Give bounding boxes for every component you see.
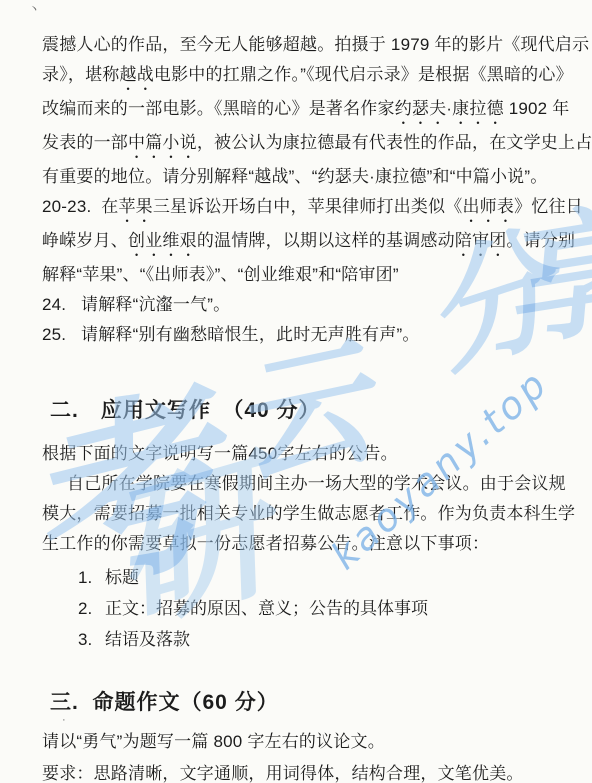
question-line: 解释“苹果”、“《出师表》”、“创业维艰”和“陪审团” [42, 260, 574, 290]
text-segment: 三星诉讼开场白中，苹果律师打出类似《 [153, 197, 463, 216]
list-item-number: 2. [78, 593, 105, 624]
emphasized-term: 出师表 [462, 197, 514, 216]
emphasized-term: 创业维艰 [128, 231, 197, 250]
instruction-line: 要求：思路清晰，文字通顺，用词得体，结构合理，文笔优美。 [42, 759, 574, 783]
instruction-line: 请以“勇气”为题写一篇 800 字左右的议论文。 [42, 727, 574, 757]
section-heading-applied-writing: 二. 应用文写作 （40 分） [50, 396, 574, 426]
emphasized-term: 陪审团 [455, 231, 507, 250]
question-line: 20-23. 在苹果三星诉讼开场白中，苹果律师打出类似《出师表》忆往日 [42, 192, 574, 226]
text-segment: 发表的一部 [42, 133, 128, 152]
list-item-text: 结语及落款 [105, 630, 190, 649]
list-item-number: 1. [78, 562, 105, 593]
body-text-line: 改编而来的一部电影。《黑暗的心》是著名作家约瑟夫·康拉德 1902 年 [42, 94, 574, 128]
text-segment: 录》，堪称 [42, 65, 120, 84]
requirements-list: 1.标题 2.正文：招募的原因、意义；公告的具体事项 3.结语及落款 [78, 562, 574, 655]
text-segment: 电影中的扛鼎之作。”《现代启示录》是根据《黑暗的心》 [154, 65, 573, 84]
emphasized-term: 苹果 [118, 197, 152, 216]
document-page: 丶 · 震撼人心的作品，至今无人能够超越。拍摄于 1979 年的影片《现代启示 … [0, 0, 592, 783]
body-text-line: 自己所在学院要在寒假期间主办一场大型的学术会议。由于会议规 [42, 469, 574, 499]
text-segment: 。请分别 [506, 231, 575, 250]
text-segment: 20-23. 在 [42, 197, 118, 216]
body-text-line: 模大，需要招募一批相关专业的学生做志愿者工作。作为负责本科生学 [42, 499, 574, 529]
text-segment: 改编而来的一部电影。《黑暗的心》是著名作家 [42, 99, 395, 118]
question-line: 25. 请解释“别有幽愁暗恨生，此时无声胜有声”。 [42, 320, 574, 350]
text-segment: 1902 年 [504, 99, 570, 118]
text-segment: 的温情牌，以期以这样的基调感动 [197, 231, 455, 250]
list-item-number: 3. [78, 624, 105, 655]
list-item: 3.结语及落款 [78, 624, 574, 655]
text-segment: 》忆往日 [514, 197, 583, 216]
question-line: 峥嵘岁月、创业维艰的温情牌，以期以这样的基调感动陪审团。请分别 [42, 226, 574, 260]
body-text-line: 录》，堪称越战电影中的扛鼎之作。”《现代启示录》是根据《黑暗的心》 [42, 60, 574, 94]
text-segment: ，被公认为康拉德最有代表性的作品，在文学史上占 [197, 133, 592, 152]
question-line: 24. 请解释“沆瀣一气”。 [42, 290, 574, 320]
body-text-line: 生工作的你需要草拟一份志愿者招募公告。注意以下事项： [42, 529, 574, 559]
emphasized-term: 约瑟夫·康拉德 [395, 99, 504, 118]
list-item-text: 正文：招募的原因、意义；公告的具体事项 [105, 599, 428, 618]
list-item: 1.标题 [78, 562, 574, 593]
list-item: 2.正文：招募的原因、意义；公告的具体事项 [78, 593, 574, 624]
text-layer: 震撼人心的作品，至今无人能够超越。拍摄于 1979 年的影片《现代启示 录》，堪… [0, 0, 592, 783]
section-heading-essay: 三. 命题作文（60 分） [50, 688, 574, 718]
list-item-text: 标题 [105, 568, 139, 587]
body-text-line: 有重要的地位。请分别解释“越战”、“约瑟夫·康拉德”和“中篇小说”。 [42, 162, 574, 192]
instruction-line: 根据下面的文字说明写一篇450字左右的公告。 [42, 439, 574, 469]
emphasized-term: 中篇小说 [128, 133, 197, 152]
text-segment: 峥嵘岁月、 [42, 231, 128, 250]
emphasized-term: 越战 [120, 65, 154, 84]
body-text-line: 发表的一部中篇小说，被公认为康拉德最有代表性的作品，在文学史上占 [42, 128, 574, 162]
body-text-line: 震撼人心的作品，至今无人能够超越。拍摄于 1979 年的影片《现代启示 [42, 30, 574, 60]
